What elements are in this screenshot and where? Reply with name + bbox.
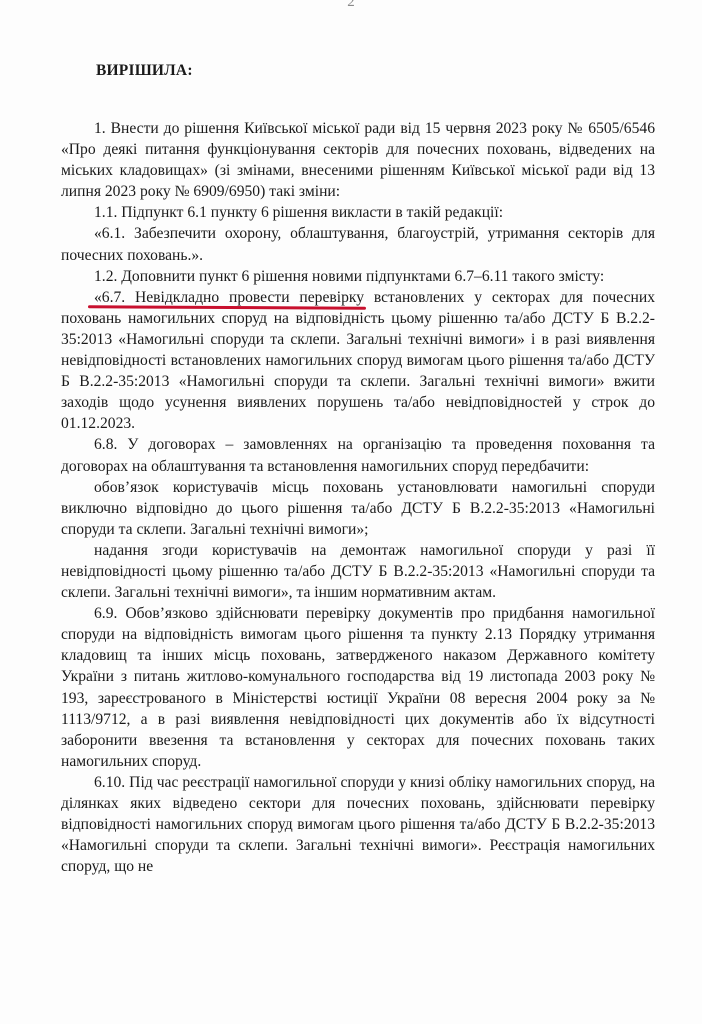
decision-heading: ВИРІШИЛА: [96, 62, 193, 80]
paragraph-obligation: обов’язок користувачів місць поховань ус… [61, 477, 655, 540]
paragraph-item-6-7: «6.7. Невідкладно провести перевірку вст… [61, 287, 655, 435]
paragraph-quote-6-1: «6.1. Забезпечити охорону, облаштування,… [61, 223, 655, 265]
paragraph-item-6-8: 6.8. У договорах – замовленнях на органі… [61, 434, 655, 476]
paragraph-item-6-9: 6.9. Обов’язково здійснювати перевірку д… [61, 603, 655, 772]
underlined-text: «6.7. Невідкладно провести перевірку [94, 289, 364, 306]
page-number: 2 [0, 0, 702, 11]
document-page: 2 ВИРІШИЛА: 1. Внести до рішення Київськ… [0, 0, 702, 1024]
document-body: 1. Внести до рішення Київської міської р… [61, 118, 655, 877]
paragraph-item-1-1: 1.1. Підпункт 6.1 пункту 6 рішення викла… [61, 202, 655, 223]
red-underline-mark [88, 305, 366, 309]
red-underlined-phrase: «6.7. Невідкладно провести перевірку [94, 289, 364, 306]
paragraph-item-6-10: 6.10. Під час реєстрації намогильної спо… [61, 772, 655, 877]
paragraph-item-1: 1. Внести до рішення Київської міської р… [61, 118, 655, 202]
paragraph-6-7-rest: встановлених у секторах для почесних пох… [61, 289, 655, 433]
paragraph-item-1-2: 1.2. Доповнити пункт 6 рішення новими пі… [61, 266, 655, 287]
paragraph-consent: надання згоди користувачів на демонтаж н… [61, 540, 655, 603]
